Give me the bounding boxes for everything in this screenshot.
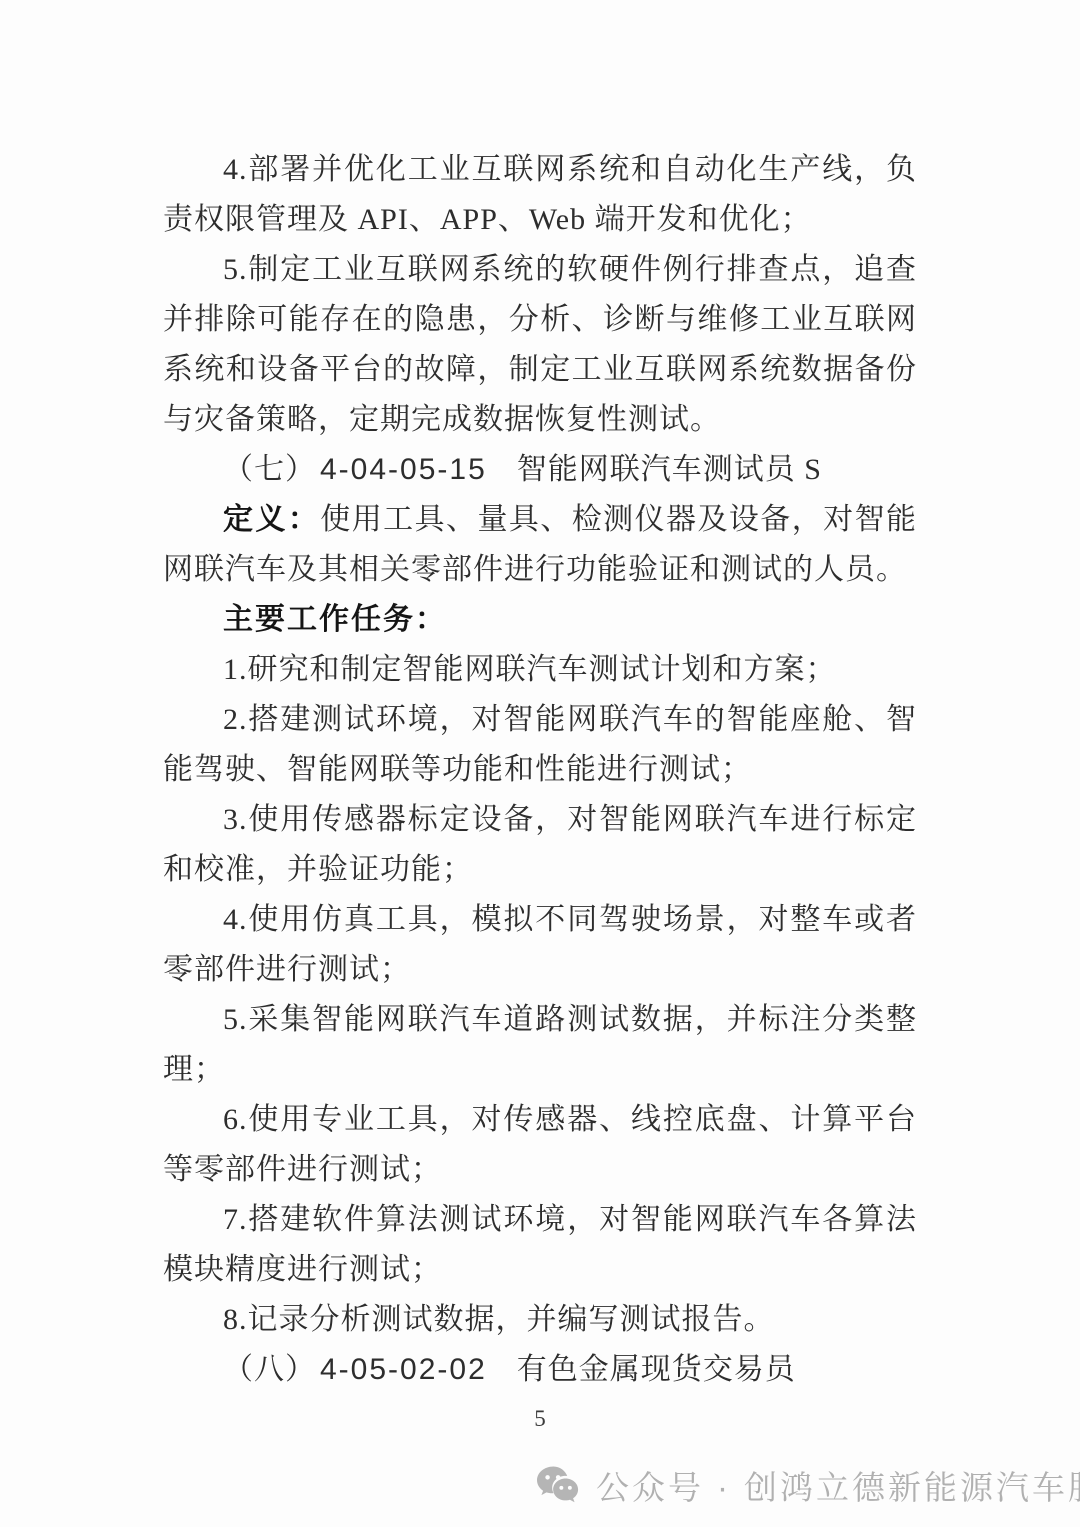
text-run: 5.制定工业互联网系统的软硬件例行排查点，追查并排除可能存在的隐患，分析、诊断与… <box>163 253 917 436</box>
text-run: 5.采集智能网联汽车道路测试数据，并标注分类整理； <box>163 1003 917 1086</box>
text-run: 6.使用专业工具，对传感器、线控底盘、计算平台等零部件进行测试； <box>163 1103 917 1186</box>
brand-name: 创鸿立德新能源汽车服务 <box>744 1471 1080 1504</box>
bold-label: 定义： <box>223 503 320 536</box>
wechat-icon <box>536 1465 583 1509</box>
document-page: 4.部署并优化工业互联网系统和自动化生产线，负责权限管理及 API、APP、We… <box>0 0 1080 1527</box>
paragraph: 8.记录分析测试数据，并编写测试报告。 <box>163 1295 917 1345</box>
occupation-code: 4-04-05-15 <box>320 453 487 486</box>
text-run: 7.搭建软件算法测试环境，对智能网联汽车各算法模块精度进行测试； <box>163 1203 917 1286</box>
text-run: 智能网联汽车测试员 S <box>517 453 822 486</box>
brand-separator: · <box>717 1471 731 1504</box>
text-run: 有色金属现货交易员 <box>517 1353 796 1386</box>
paragraph: 1.研究和制定智能网联汽车测试计划和方案； <box>163 645 917 695</box>
text-run: 2.搭建测试环境，对智能网联汽车的智能座舱、智能驾驶、智能网联等功能和性能进行测… <box>163 703 917 786</box>
text-run: 4.使用仿真工具，模拟不同驾驶场景，对整车或者零部件进行测试； <box>163 903 917 986</box>
occupation-code: 4-05-02-02 <box>320 1353 487 1386</box>
section-heading: （八）4-05-02-02有色金属现货交易员 <box>163 1345 917 1395</box>
text-run: （七） <box>223 453 316 486</box>
paragraph: 7.搭建软件算法测试环境，对智能网联汽车各算法模块精度进行测试； <box>163 1195 917 1295</box>
paragraph: 6.使用专业工具，对传感器、线控底盘、计算平台等零部件进行测试； <box>163 1095 917 1195</box>
text-run: 4.部署并优化工业互联网系统和自动化生产线，负责权限管理及 API、APP、We… <box>163 153 917 236</box>
document-body: 4.部署并优化工业互联网系统和自动化生产线，负责权限管理及 API、APP、We… <box>163 145 917 1395</box>
text-run: （八） <box>223 1353 316 1386</box>
paragraph: 4.部署并优化工业互联网系统和自动化生产线，负责权限管理及 API、APP、We… <box>163 145 917 245</box>
paragraph: 4.使用仿真工具，模拟不同驾驶场景，对整车或者零部件进行测试； <box>163 895 917 995</box>
text-run: 8.记录分析测试数据，并编写测试报告。 <box>223 1303 775 1336</box>
brand-footer: 公众号 · 创鸿立德新能源汽车服务 <box>536 1461 1080 1513</box>
bold-label: 主要工作任务： <box>223 603 447 636</box>
paragraph: 3.使用传感器标定设备，对智能网联汽车进行标定和校准，并验证功能； <box>163 795 917 895</box>
paragraph: 5.制定工业互联网系统的软硬件例行排查点，追查并排除可能存在的隐患，分析、诊断与… <box>163 245 917 445</box>
page-number: 5 <box>0 1406 1080 1432</box>
brand-label: 公众号 <box>596 1471 704 1504</box>
section-heading: （七）4-04-05-15智能网联汽车测试员 S <box>163 445 917 495</box>
text-run: 1.研究和制定智能网联汽车测试计划和方案； <box>223 653 837 686</box>
paragraph: 2.搭建测试环境，对智能网联汽车的智能座舱、智能驾驶、智能网联等功能和性能进行测… <box>163 695 917 795</box>
paragraph: 主要工作任务： <box>163 595 917 645</box>
paragraph: 定义：使用工具、量具、检测仪器及设备，对智能网联汽车及其相关零部件进行功能验证和… <box>163 495 917 595</box>
text-run: 3.使用传感器标定设备，对智能网联汽车进行标定和校准，并验证功能； <box>163 803 917 886</box>
paragraph: 5.采集智能网联汽车道路测试数据，并标注分类整理； <box>163 995 917 1095</box>
